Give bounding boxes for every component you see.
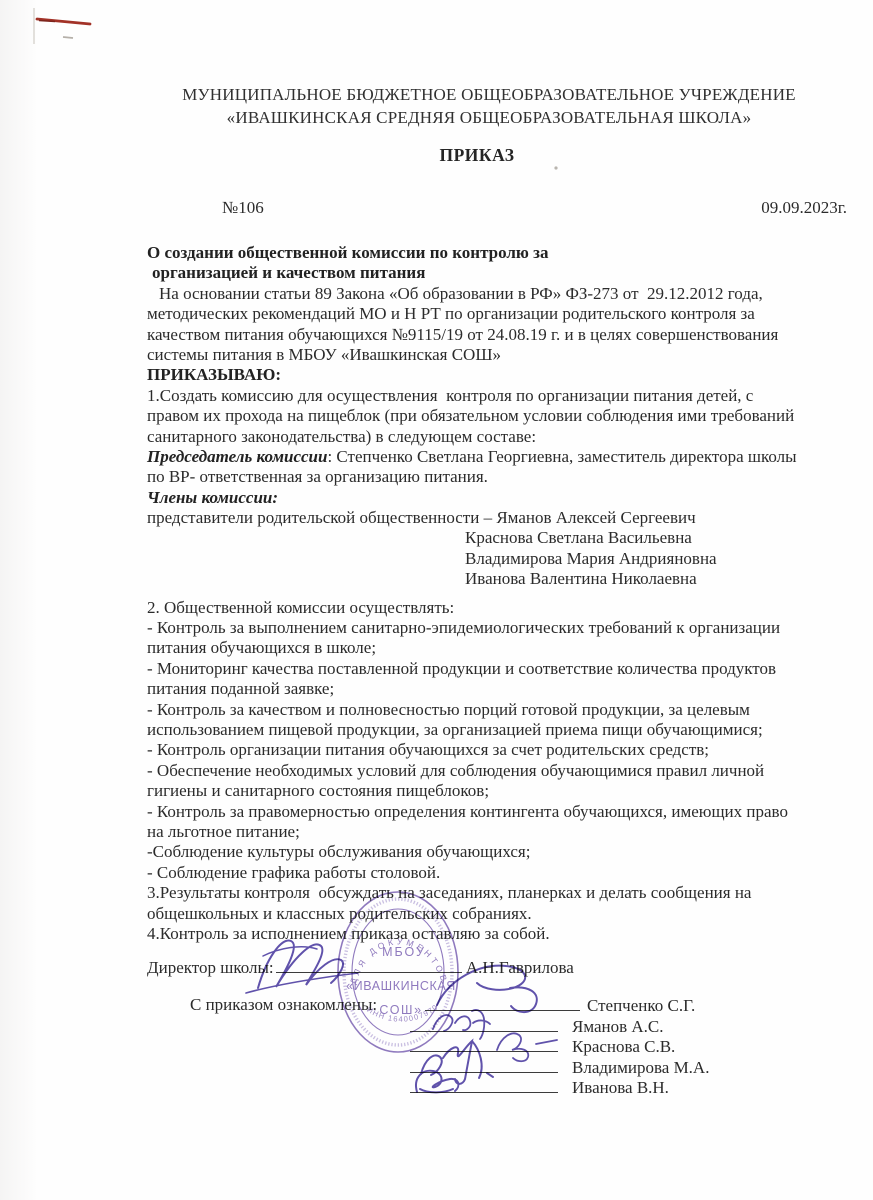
duty-line: питания обучающихся в школе; — [147, 638, 859, 658]
org-name-line2: «ИВАШКИНСКАЯ СРЕДНЯЯ ОБЩЕОБРАЗОВАТЕЛЬНАЯ… — [134, 107, 844, 130]
doc-type-title: ПРИКАЗ — [122, 145, 832, 166]
scanned-order-document: МУНИЦИПАЛЬНОЕ БЮДЖЕТНОЕ ОБЩЕОБРАЗОВАТЕЛЬ… — [0, 0, 873, 1200]
chair-label: Председатель комиссии — [147, 447, 327, 466]
number-date-row: 09.09.2023г. №106 — [147, 198, 847, 218]
signature-line — [410, 1036, 558, 1052]
duty-line: - Мониторинг качества поставленной проду… — [147, 659, 859, 679]
chair-line-2: по ВР- ответственная за организацию пита… — [147, 467, 859, 487]
members-intro: представители родительской общественност… — [147, 508, 496, 527]
duty-line: - Контроль организации питания обучающих… — [147, 740, 859, 760]
duty-line: гигиены и санитарного состояния пищеблок… — [147, 781, 859, 801]
item3-line: 3.Результаты контроля обсуждать на засед… — [147, 883, 859, 903]
subject-line-2: организацией и качеством питания — [152, 263, 859, 283]
director-signature-cross — [263, 947, 317, 956]
item1-line: санитарного законодательства) в следующе… — [147, 427, 859, 447]
signature-line — [410, 1077, 558, 1093]
director-signature-row: Директор школы: А.Н.Гаврилова — [147, 957, 574, 977]
duty-line: - Контроль за выполнением санитарно-эпид… — [147, 618, 859, 638]
duty-line: на льготное питание; — [147, 822, 859, 842]
duty-line: питания поданной заявке; — [147, 679, 859, 699]
director-name: А.Н.Гаврилова — [466, 958, 574, 977]
order-date: 09.09.2023г. — [761, 198, 847, 218]
stamp-org-name: «ИВАШКИНСКАЯ — [346, 979, 456, 993]
gray-dot — [554, 166, 557, 169]
duty-line: - Обеспечение необходимых условий для со… — [147, 761, 859, 781]
subject-line-1: О создании общественной комиссии по конт… — [147, 243, 859, 263]
item1-line: 1.Создать комиссию для осуществления кон… — [147, 386, 859, 406]
red-pen-mark-dark — [39, 21, 55, 22]
ack-name: Краснова С.В. — [572, 1037, 675, 1056]
signature-line — [425, 995, 580, 1011]
item3-line: общешкольных и классных родительских соб… — [147, 904, 859, 924]
ack-row: Краснова С.В. — [410, 1036, 675, 1056]
item4-line: 4.Контроль за исполнением приказа оставл… — [147, 924, 859, 944]
members-label: Члены комиссии: — [147, 488, 859, 508]
signature-line — [410, 1057, 558, 1073]
chair-rest: : Степченко Светлана Георгиевна, замести… — [327, 447, 796, 466]
gray-speck — [63, 37, 73, 38]
ack-row: Яманов А.С. — [410, 1016, 664, 1036]
duty-line: - Соблюдение графика работы столовой. — [147, 863, 859, 883]
preamble-line: методических рекомендаций МО и Н РТ по о… — [147, 304, 859, 324]
org-name-line1: МУНИЦИПАЛЬНОЕ БЮДЖЕТНОЕ ОБЩЕОБРАЗОВАТЕЛЬ… — [134, 84, 844, 107]
ack-name: Иванова В.Н. — [572, 1078, 669, 1097]
org-header: МУНИЦИПАЛЬНОЕ БЮДЖЕТНОЕ ОБЩЕОБРАЗОВАТЕЛЬ… — [134, 84, 844, 129]
document-body: О создании общественной комиссии по конт… — [147, 243, 859, 944]
director-signature-line — [276, 957, 462, 973]
ack-label: С приказом ознакомлены: — [190, 995, 377, 1015]
member-name: Яманов Алексей Сергеевич — [496, 508, 695, 527]
ack-name: Яманов А.С. — [572, 1017, 664, 1036]
duty-line: -Соблюдение культуры обслуживания обучаю… — [147, 842, 859, 862]
order-number: №106 — [222, 198, 264, 217]
ack-row: Степченко С.Г. — [410, 995, 695, 1015]
ack-row: Иванова В.Н. — [410, 1077, 669, 1097]
member-name: Владимирова Мария Андрияновна — [465, 549, 859, 569]
order-keyword: ПРИКАЗЫВАЮ: — [147, 365, 859, 385]
ack-row: Владимирова М.А. — [410, 1057, 709, 1077]
paragraph-gap — [147, 590, 859, 598]
duty-line: - Контроль за правомерностью определения… — [147, 802, 859, 822]
red-pen-mark — [37, 19, 90, 24]
signature-line — [410, 1016, 558, 1032]
preamble-line: системы питания в МБОУ «Ивашкинская СОШ» — [147, 345, 859, 365]
members-intro-line: представители родительской общественност… — [147, 508, 859, 528]
preamble-line: На основании статьи 89 Закона «Об образо… — [147, 284, 859, 304]
item1-line: правом их прохода на пищеблок (при обяза… — [147, 406, 859, 426]
ack-name: Владимирова М.А. — [572, 1058, 709, 1077]
item2-heading: 2. Общественной комиссии осуществлять: — [147, 598, 859, 618]
duty-line: использованием пищевой продукции, за орг… — [147, 720, 859, 740]
duty-line: - Контроль за качеством и полновесностью… — [147, 700, 859, 720]
member-name: Краснова Светлана Васильевна — [465, 528, 859, 548]
director-label: Директор школы: — [147, 958, 274, 977]
preamble-line: качеством питания обучающихся №9115/19 о… — [147, 325, 859, 345]
chair-line: Председатель комиссии: Степченко Светлан… — [147, 447, 859, 467]
member-name: Иванова Валентина Николаевна — [465, 569, 859, 589]
ack-name: Степченко С.Г. — [587, 996, 695, 1015]
